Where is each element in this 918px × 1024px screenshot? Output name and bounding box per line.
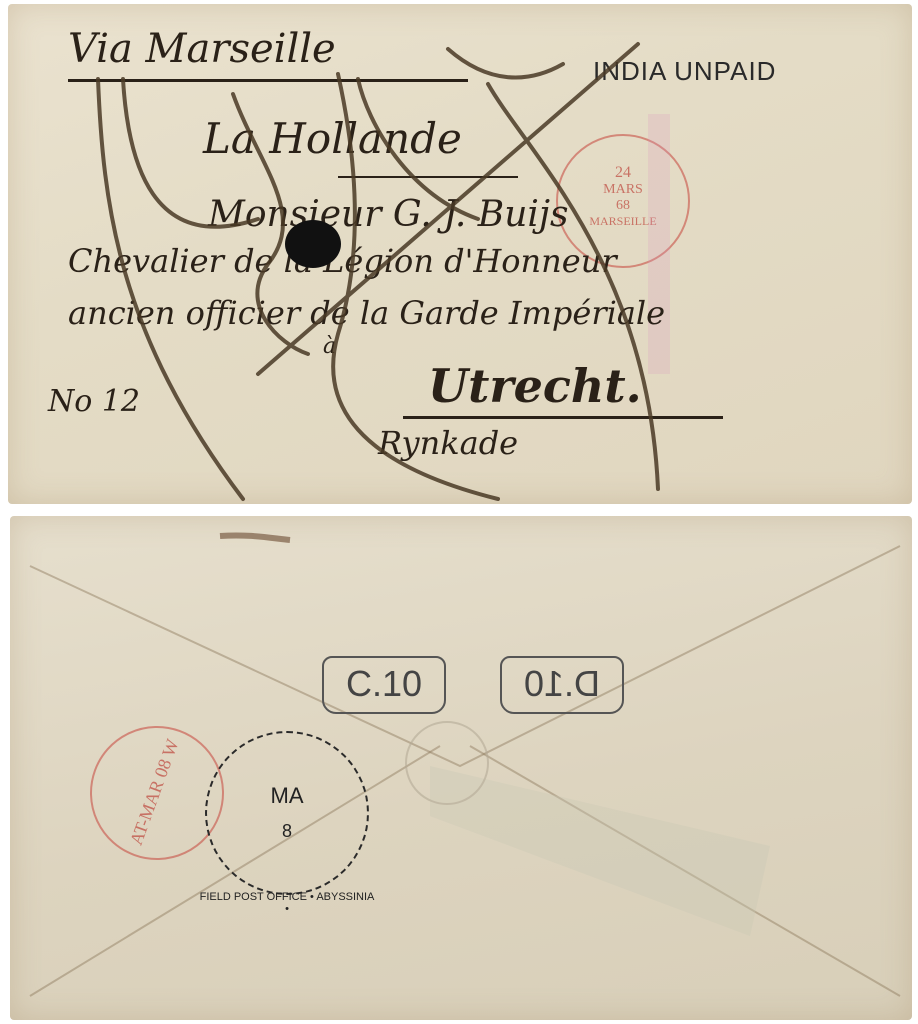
address-name: Monsieur G. J. Buijs (208, 194, 569, 235)
pink-stain (648, 114, 670, 374)
underline (68, 79, 468, 82)
fpo-center-day: 8 (207, 821, 367, 842)
number-mark: No 12 (48, 384, 140, 419)
city-underline (403, 416, 723, 419)
c10-box-stamp: C.10 (322, 656, 446, 714)
routing-inscription: Via Marseille (68, 26, 336, 72)
fpo-center-month: MA (207, 783, 367, 809)
address-title-line1: Chevalier de la Légion d'Honneur (68, 242, 617, 280)
field-post-office-abyssinia-postmark: MA 8 FIELD POST OFFICE • ABYSSINIA • (205, 731, 369, 895)
address-country: La Hollande (203, 114, 462, 163)
address-city: Utrecht. (428, 359, 642, 413)
d10-box-stamp: D.10 (500, 656, 624, 714)
envelope-back: C.10 D.10 AT-MAR 08 W MA 8 FIELD POST OF… (10, 516, 912, 1020)
embossed-seal (405, 721, 489, 805)
fpo-ring-text: FIELD POST OFFICE • ABYSSINIA • (197, 891, 377, 915)
address-prep: à (323, 334, 336, 359)
red-postmark-text: AT-MAR 08 W (123, 727, 187, 856)
country-underline (338, 176, 518, 178)
address-street: Rynkade (378, 424, 518, 462)
address-title-line2: ancien officier de la Garde Impériale (68, 294, 665, 332)
envelope-front: Via Marseille INDIA UNPAID 24 MARS 68 MA… (8, 4, 912, 504)
india-unpaid-stamp: INDIA UNPAID (593, 56, 776, 87)
